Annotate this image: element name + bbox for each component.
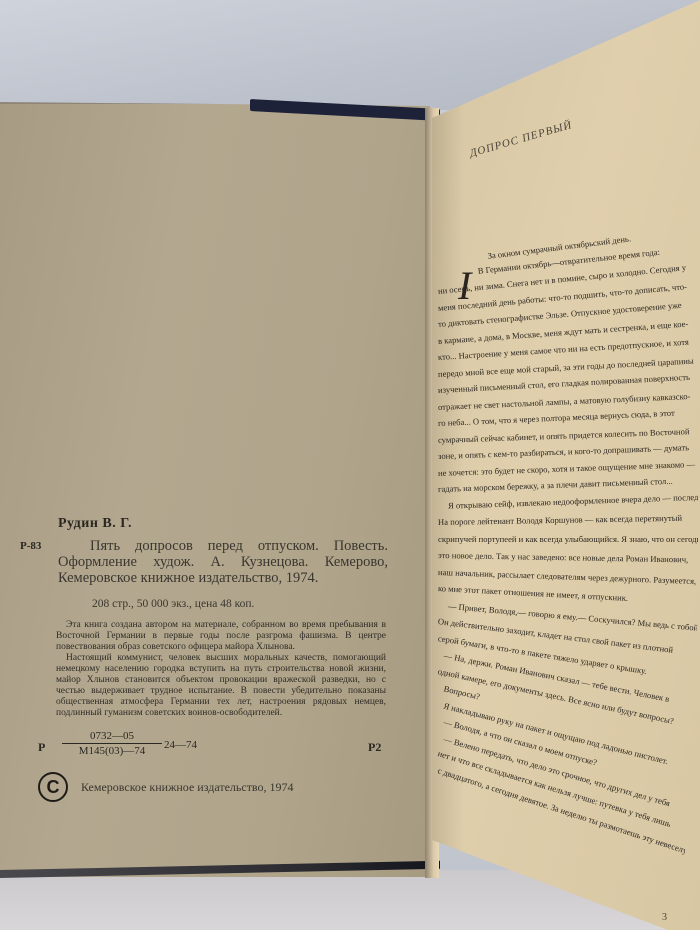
annotation-paragraph: Настоящий коммунист, человек высших мора… [56,653,386,719]
copyright-icon: C [38,772,68,802]
annotation-paragraph: Эта книга создана автором на материале, … [56,620,386,653]
colophon: Рудин В. Г. Р-83 Пять допросов перед отп… [0,0,430,930]
classification-code: Р-83 [20,540,41,552]
index-suffix: 24—74 [164,739,197,751]
author-name: Рудин В. Г. [58,516,132,532]
page-number: 3 [662,912,667,923]
index-fraction: 0732—05 М145(03)—74 [62,730,162,757]
copyright-text: Кемеровское книжное издательство, 1974 [81,780,294,795]
index-right-code: Р2 [368,740,381,755]
bibliographic-entry: Пять допросов перед отпуском. Повесть. О… [58,538,388,586]
index-prefix: Р [38,740,45,755]
index-numerator: 0732—05 [62,730,162,744]
index-denominator: М145(03)—74 [62,744,162,757]
chapter-body: За окном сумрачный октябрьский день. В Г… [438,252,698,780]
imprint-line: 208 стр., 50 000 экз., цена 48 коп. [92,598,254,610]
copyright-notice: C Кемеровское книжное издательство, 1974 [38,772,398,806]
annotation: Эта книга создана автором на материале, … [56,620,386,719]
catalog-index: Р 0732—05 М145(03)—74 24—74 Р2 [38,730,388,770]
